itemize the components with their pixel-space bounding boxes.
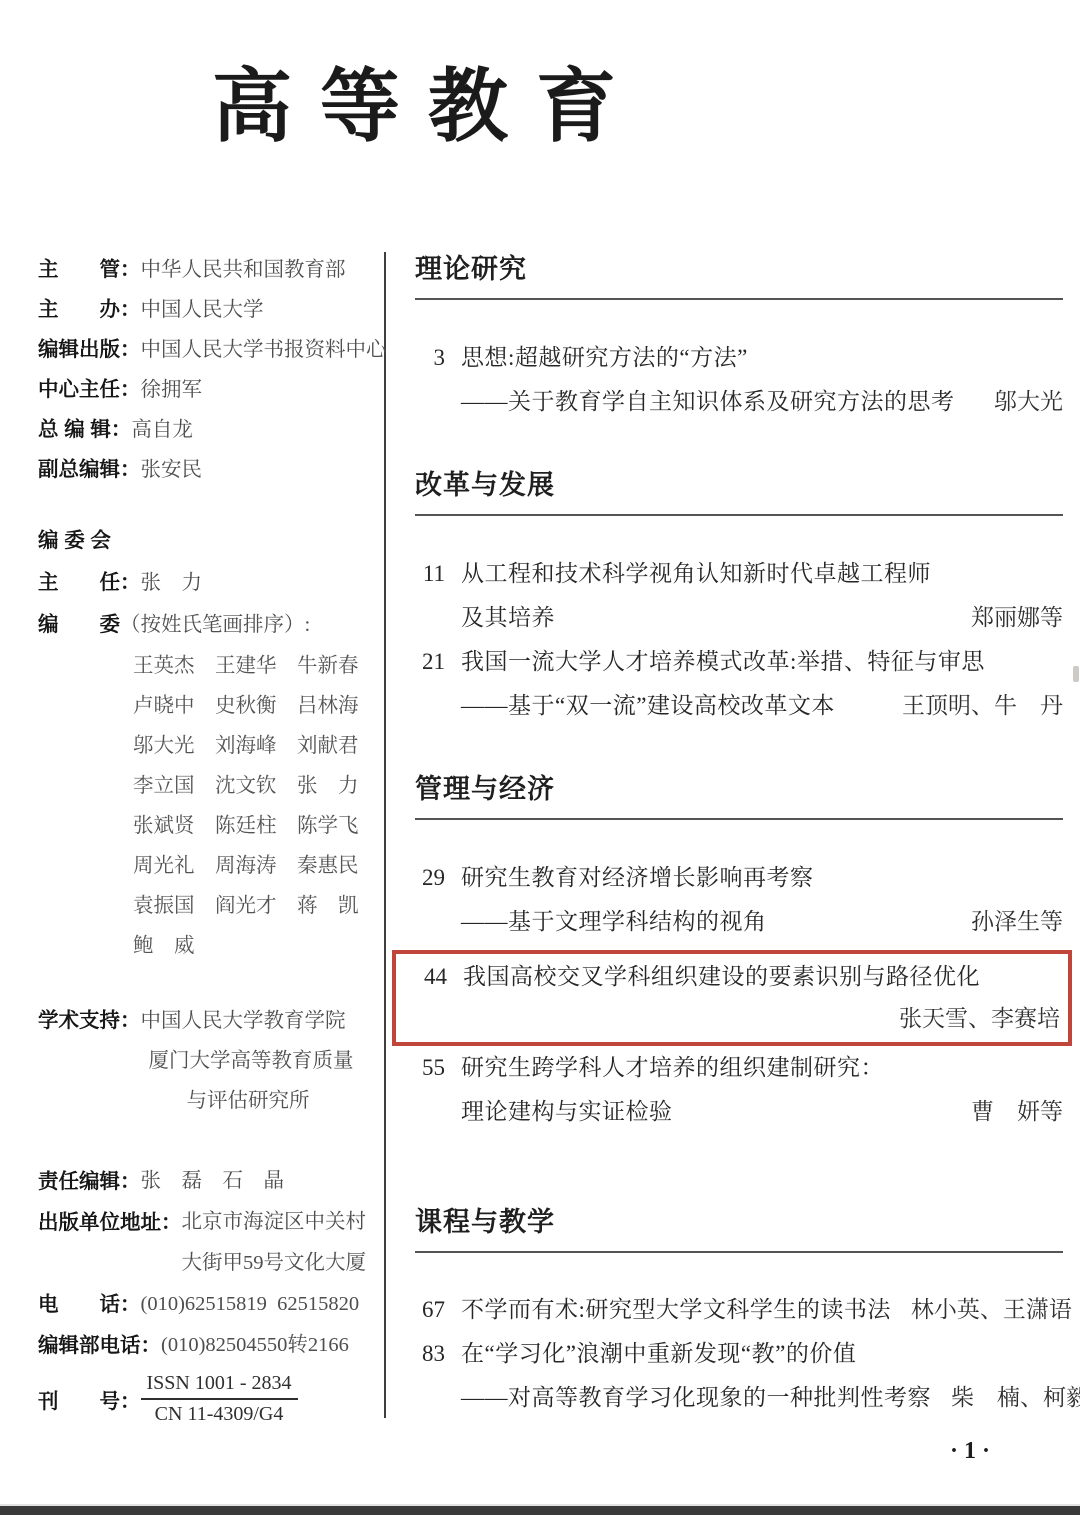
member-row: 邬大光 刘海峰 刘献君	[133, 726, 378, 766]
masthead-row-supervisor: 主 管： 中华人民共和国教育部	[38, 250, 378, 290]
committee-members-row: 编 委 （按姓氏笔画排序）:	[38, 604, 378, 646]
member-row: 袁振国 阎光才 蒋 凯	[133, 886, 378, 926]
entry-page-number: 29	[415, 856, 445, 900]
committee-members-label: 编 委	[38, 604, 120, 646]
phone-label: 电 话：	[38, 1284, 141, 1325]
issue-number-row: 刊 号： ISSN 1001 - 2834 CN 11-4309/G4	[38, 1372, 378, 1426]
toc-entry: 21 我国一流大学人才培养模式改革:举措、特征与审思 ——基于“双一流”建设高校…	[415, 640, 1063, 728]
section-heading: 管理与经济	[415, 772, 1063, 820]
entry-page-number: 21	[415, 640, 445, 684]
section-heading: 理论研究	[415, 252, 1063, 300]
dept-phone-label: 编辑部电话：	[38, 1325, 161, 1366]
masthead-row-chief-editor: 总 编 辑： 高自龙	[38, 410, 378, 450]
entry-page-number: 83	[415, 1332, 445, 1376]
academic-support-label: 学术支持：	[38, 1001, 141, 1041]
masthead-label: 编辑出版：	[38, 330, 141, 370]
responsible-editor-label: 责任编辑：	[38, 1161, 141, 1202]
member-row: 王英杰 王建华 牛新春	[133, 646, 378, 686]
member-row: 李立国 沈文钦 张 力	[133, 766, 378, 806]
entry-title: 我国高校交叉学科组织建设的要素识别与路径优化	[463, 956, 1060, 998]
member-row: 卢晓中 史秋衡 吕林海	[133, 686, 378, 726]
toc-entry: 83 在“学习化”浪潮中重新发现“教”的价值 ——对高等教育学习化现象的一种批判…	[415, 1332, 1063, 1420]
committee-member-list: 王英杰 王建华 牛新春 卢晓中 史秋衡 吕林海 邬大光 刘海峰 刘献君 李立国 …	[38, 646, 378, 966]
entry-title: 在“学习化”浪潮中重新发现“教”的价值	[461, 1332, 1063, 1376]
issue-number-fraction: ISSN 1001 - 2834 CN 11-4309/G4	[141, 1372, 298, 1426]
entry-authors: 孙泽生等	[951, 900, 1063, 944]
entry-page-number: 3	[415, 336, 445, 380]
entry-subtitle: 及其培养	[461, 596, 555, 640]
cn-number: CN 11-4309/G4	[141, 1400, 298, 1426]
entry-title: 研究生教育对经济增长影响再考察	[461, 856, 1063, 900]
masthead-value: 徐拥军	[141, 370, 203, 410]
phone-value: (010)62515819 62515820	[141, 1284, 360, 1325]
entry-title: 思想:超越研究方法的“方法”	[461, 336, 1063, 380]
academic-support-line: 中国人民大学教育学院	[141, 1001, 354, 1041]
issue-number-label: 刊 号：	[38, 1384, 141, 1414]
entry-page-number: 55	[415, 1046, 445, 1090]
phone-row: 电 话： (010)62515819 62515820	[38, 1284, 378, 1325]
section-heading: 课程与教学	[415, 1205, 1063, 1253]
committee-chair-row: 主 任： 张 力	[38, 562, 378, 604]
entry-authors: 王顶明、牛 丹	[882, 684, 1063, 728]
publisher-address-line: 大街甲59号文化大厦	[182, 1243, 367, 1284]
entry-subtitle: ——基于“双一流”建设高校改革文本	[461, 684, 835, 728]
entry-page-number: 44	[417, 956, 447, 998]
journal-title: 高 等 教 育	[212, 42, 620, 157]
toc-entry: 11 从工程和技术科学视角认知新时代卓越工程师 及其培养 郑丽娜等	[415, 552, 1063, 640]
toc-entry: 29 研究生教育对经济增长影响再考察 ——基于文理学科结构的视角 孙泽生等	[415, 856, 1063, 944]
page-number: · 1 ·	[920, 1438, 1020, 1465]
masthead-value: 中国人民大学	[141, 290, 264, 330]
responsible-editor-row: 责任编辑： 张 磊 石 晶	[38, 1161, 378, 1202]
entry-authors: 曹 妍等	[951, 1090, 1063, 1134]
entry-authors: 柴 楠、柯毅婷	[931, 1376, 1080, 1420]
section-heading: 改革与发展	[415, 468, 1063, 516]
entry-title: 我国一流大学人才培养模式改革:举措、特征与审思	[461, 640, 1063, 684]
masthead-row-center-director: 中心主任： 徐拥军	[38, 370, 378, 410]
masthead-value: 中华人民共和国教育部	[141, 250, 346, 290]
scan-edge-artifact	[1073, 666, 1079, 682]
publisher-address-row: 出版单位地址： 北京市海淀区中关村 大街甲59号文化大厦	[38, 1202, 378, 1284]
academic-support-line: 与评估研究所	[141, 1081, 354, 1121]
committee-chair-value: 张 力	[141, 562, 203, 604]
publisher-address-label: 出版单位地址：	[38, 1202, 182, 1243]
academic-support-line: 厦门大学高等教育质量	[141, 1041, 354, 1081]
publisher-address-line: 北京市海淀区中关村	[182, 1202, 367, 1243]
member-row: 张斌贤 陈廷柱 陈学飞	[133, 806, 378, 846]
committee-heading: 编 委 会	[38, 520, 378, 562]
masthead-label: 主 办：	[38, 290, 141, 330]
toc-section-theory: 理论研究 3 思想:超越研究方法的“方法” ——关于教育学自主知识体系及研究方法…	[415, 252, 1063, 424]
masthead-row-publisher: 编辑出版： 中国人民大学书报资料中心	[38, 330, 378, 370]
member-row: 周光礼 周海涛 秦惠民	[133, 846, 378, 886]
entry-subtitle: ——关于教育学自主知识体系及研究方法的思考	[461, 380, 955, 424]
masthead-row-organizer: 主 办： 中国人民大学	[38, 290, 378, 330]
entry-subtitle: ——基于文理学科结构的视角	[461, 900, 767, 944]
dept-phone-row: 编辑部电话： (010)82504550转2166	[38, 1325, 378, 1366]
committee-members-note: （按姓氏笔画排序）:	[120, 604, 310, 646]
toc-section-reform: 改革与发展 11 从工程和技术科学视角认知新时代卓越工程师 及其培养 郑丽娜等 …	[415, 468, 1063, 728]
entry-title: 研究生跨学科人才培养的组织建制研究：	[461, 1046, 1063, 1090]
toc-entry: 67 不学而有术:研究型大学文科学生的读书法 林小英、王潇语	[415, 1288, 1063, 1332]
masthead-value: 张安民	[141, 450, 203, 490]
masthead-row-deputy-editor: 副总编辑： 张安民	[38, 450, 378, 490]
masthead-value: 中国人民大学书报资料中心	[141, 330, 387, 370]
masthead-column: 主 管： 中华人民共和国教育部 主 办： 中国人民大学 编辑出版： 中国人民大学…	[38, 250, 378, 1426]
entry-authors: 郑丽娜等	[951, 596, 1063, 640]
column-divider	[384, 252, 386, 1418]
entry-title: 不学而有术:研究型大学文科学生的读书法	[461, 1288, 891, 1332]
entry-authors: 邬大光	[974, 380, 1063, 424]
toc-section-management: 管理与经济 29 研究生教育对经济增长影响再考察 ——基于文理学科结构的视角 孙…	[415, 772, 1063, 1134]
member-row: 鲍 威	[133, 926, 378, 966]
highlighted-entry-box: 44 我国高校交叉学科组织建设的要素识别与路径优化 张天雪、李赛培	[392, 950, 1072, 1046]
masthead-label: 中心主任：	[38, 370, 141, 410]
entry-title: 从工程和技术科学视角认知新时代卓越工程师	[461, 552, 1063, 596]
masthead-label: 副总编辑：	[38, 450, 141, 490]
committee-chair-label: 主 任：	[38, 562, 141, 604]
responsible-editor-value: 张 磊 石 晶	[141, 1161, 285, 1202]
entry-subtitle: ——对高等教育学习化现象的一种批判性考察	[461, 1376, 931, 1420]
academic-support: 学术支持： 中国人民大学教育学院 厦门大学高等教育质量 与评估研究所	[38, 1001, 378, 1121]
entry-page-number: 11	[415, 552, 445, 596]
toc-entry: 55 研究生跨学科人才培养的组织建制研究： 理论建构与实证检验 曹 妍等	[415, 1046, 1063, 1134]
entry-page-number: 67	[415, 1288, 445, 1332]
masthead-label: 主 管：	[38, 250, 141, 290]
dept-phone-value: (010)82504550转2166	[161, 1325, 349, 1366]
masthead-value: 高自龙	[131, 410, 193, 450]
toc-entry-highlighted: 44 我国高校交叉学科组织建设的要素识别与路径优化 张天雪、李赛培	[417, 956, 1060, 1040]
masthead-label: 总 编 辑：	[38, 410, 131, 450]
editorial-committee: 编 委 会 主 任： 张 力 编 委 （按姓氏笔画排序）: 王英杰 王建华 牛新…	[38, 520, 378, 966]
issn-number: ISSN 1001 - 2834	[141, 1372, 298, 1400]
journal-toc-page: 高 等 教 育 主 管： 中华人民共和国教育部 主 办： 中国人民大学 编辑出版…	[0, 0, 1080, 1515]
toc-section-curriculum: 课程与教学 67 不学而有术:研究型大学文科学生的读书法 林小英、王潇语 83 …	[415, 1205, 1063, 1420]
publishing-info: 责任编辑： 张 磊 石 晶 出版单位地址： 北京市海淀区中关村 大街甲59号文化…	[38, 1161, 378, 1426]
entry-authors: 林小英、王潇语	[891, 1288, 1072, 1332]
toc-entry: 3 思想:超越研究方法的“方法” ——关于教育学自主知识体系及研究方法的思考 邬…	[415, 336, 1063, 424]
bottom-edge-bar	[0, 1506, 1080, 1515]
entry-authors: 张天雪、李赛培	[879, 998, 1060, 1040]
entry-subtitle: 理论建构与实证检验	[461, 1090, 673, 1134]
